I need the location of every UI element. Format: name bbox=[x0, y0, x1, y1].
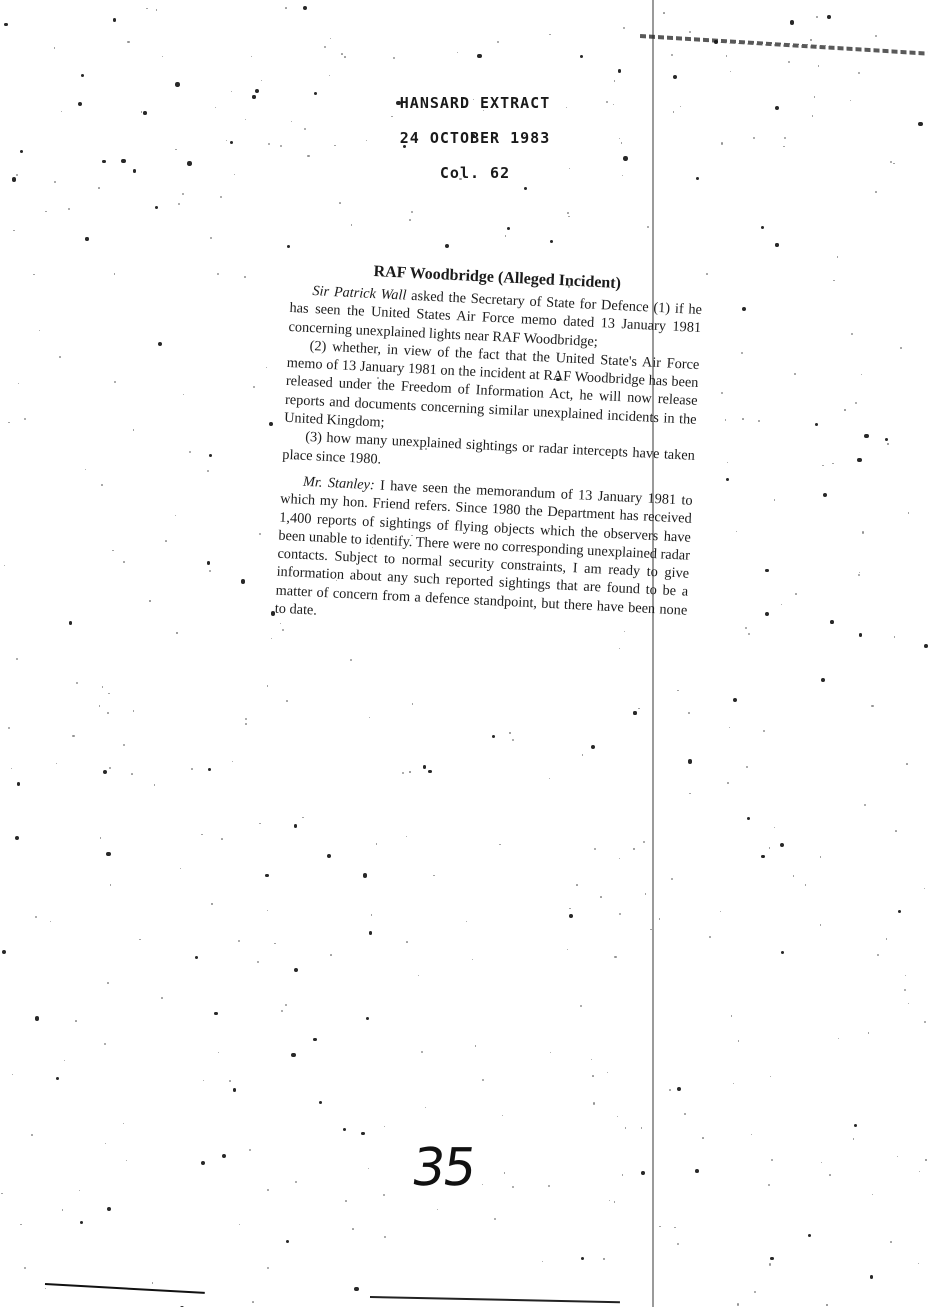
scanned-page: HANSARD EXTRACT 24 OCTOBER 1983 Col. 62 … bbox=[0, 0, 928, 1307]
paper-edge-bottom bbox=[370, 1296, 620, 1303]
header-title: HANSARD EXTRACT bbox=[370, 86, 580, 121]
hansard-article: RAF Woodbridge (Alleged Incident) Sir Pa… bbox=[274, 258, 703, 638]
fold-line bbox=[652, 0, 654, 1307]
handwritten-page-number: 35 bbox=[408, 1138, 479, 1198]
document-header: HANSARD EXTRACT 24 OCTOBER 1983 Col. 62 bbox=[370, 86, 580, 191]
header-date: 24 OCTOBER 1983 bbox=[370, 121, 580, 156]
speaker-name: Mr. Stanley: bbox=[303, 474, 375, 493]
paragraph-text: I have seen the memorandum of 13 January… bbox=[274, 477, 693, 618]
scan-noise bbox=[0, 0, 928, 1307]
speaker-name: Sir Patrick Wall bbox=[312, 283, 407, 304]
answer-paragraph: Mr. Stanley: I have seen the memorandum … bbox=[274, 472, 693, 638]
paper-edge-bottom-left bbox=[45, 1283, 205, 1294]
header-column: Col. 62 bbox=[370, 156, 580, 191]
paper-edge-top bbox=[640, 34, 928, 56]
